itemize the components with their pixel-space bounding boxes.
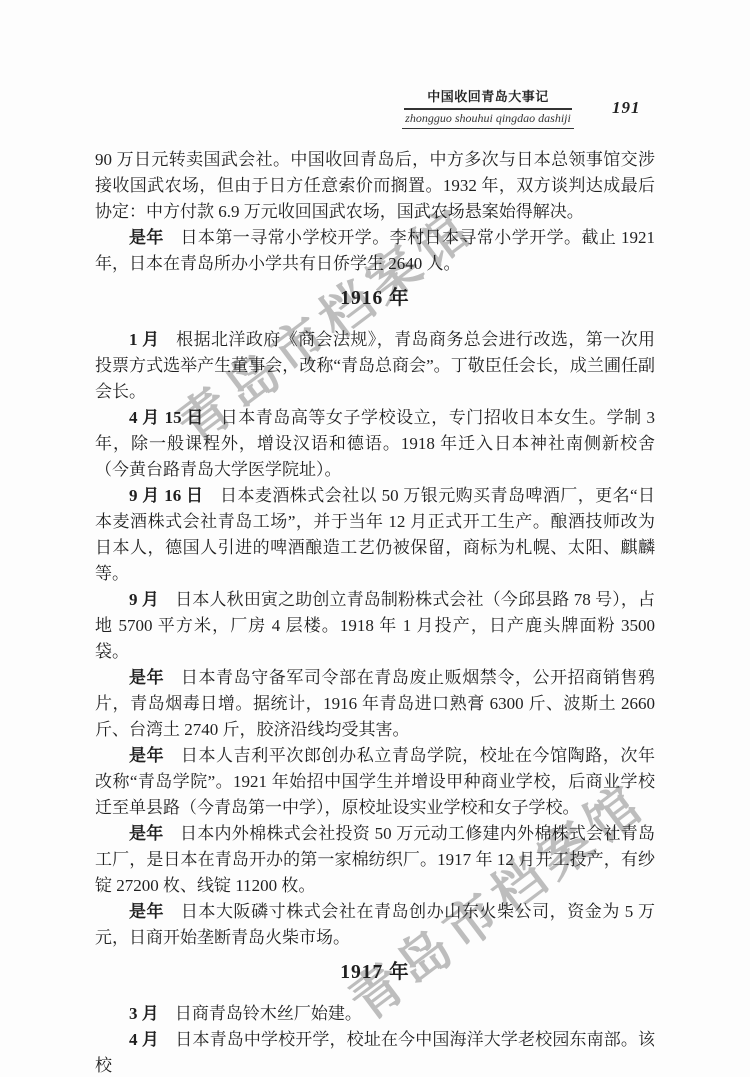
- chronicle-entry: 9 月 16 日日本麦酒株式会社以 50 万银元购买青岛啤酒厂，更名“日本麦酒株…: [95, 483, 655, 587]
- entry-date-label: 1 月: [129, 330, 160, 349]
- chronicle-entry: 9 月日本人秋田寅之助创立青岛制粉株式会社（今邱县路 78 号），占地 5700…: [95, 587, 655, 665]
- chronicle-entry: 90 万日元转卖国武会社。中国收回青岛后，中方多次与日本总领事馆交涉接收国武农场…: [95, 147, 655, 225]
- entry-text: 日本青岛中学校开学，校址在今中国海洋大学老校园东南部。该校: [95, 1030, 655, 1075]
- entry-date-label: 3 月: [129, 1004, 159, 1023]
- entry-text: 日本内外棉株式会社投资 50 万元动工修建内外棉株式会社青岛工厂，是日本在青岛开…: [95, 824, 655, 895]
- year-heading: 1917 年: [95, 959, 655, 987]
- chronicle-entry: 是年日本人吉利平次郎创办私立青岛学院，校址在今馆陶路，次年改称“青岛学院”。19…: [95, 743, 655, 821]
- chronicle-entry: 3 月日商青岛铃木丝厂始建。: [95, 1001, 655, 1027]
- chronicle-entry: 是年日本内外棉株式会社投资 50 万元动工修建内外棉株式会社青岛工厂，是日本在青…: [95, 821, 655, 899]
- entry-date-label: 是年: [129, 746, 164, 765]
- entry-text: 日本大阪磷寸株式会社在青岛创办山东火柴公司，资金为 5 万元，日商开始垄断青岛火…: [95, 902, 655, 947]
- entry-date-label: 是年: [129, 902, 164, 921]
- page-header: 中国收回青岛大事记 zhongguo shouhui qingdao dashi…: [0, 86, 750, 134]
- chronicle-entry: 4 月日本青岛中学校开学，校址在今中国海洋大学老校园东南部。该校: [95, 1027, 655, 1077]
- running-title: 中国收回青岛大事记: [402, 86, 574, 105]
- header-rule-bottom: [402, 128, 574, 129]
- running-title-block: 中国收回青岛大事记 zhongguo shouhui qingdao dashi…: [402, 86, 574, 129]
- book-page: 青岛市档案馆 青岛市档案馆 中国收回青岛大事记 zhongguo shouhui…: [0, 0, 750, 1077]
- entry-date-label: 是年: [129, 668, 164, 687]
- entry-date-label: 9 月: [129, 590, 159, 609]
- chronicle-entry: 是年日本青岛守备军司令部在青岛废止贩烟禁令，公开招商销售鸦片，青岛烟毒日增。据统…: [95, 665, 655, 743]
- chronicle-entry: 4 月 15 日日本青岛高等女子学校设立，专门招收日本女生。学制 3 年，除一般…: [95, 405, 655, 483]
- entry-date-label: 4 月 15 日: [129, 408, 204, 427]
- chronicle-entry: 是年日本大阪磷寸株式会社在青岛创办山东火柴公司，资金为 5 万元，日商开始垄断青…: [95, 899, 655, 951]
- chronicle-entry: 1 月根据北洋政府《商会法规》，青岛商务总会进行改选，第一次用投票方式选举产生董…: [95, 327, 655, 405]
- entry-text: 日本人吉利平次郎创办私立青岛学院，校址在今馆陶路，次年改称“青岛学院”。1921…: [95, 746, 655, 817]
- entry-text: 90 万日元转卖国武会社。中国收回青岛后，中方多次与日本总领事馆交涉接收国武农场…: [95, 150, 655, 221]
- year-heading: 1916 年: [95, 285, 655, 313]
- chronicle-entry: 是年日本第一寻常小学校开学。李村日本寻常小学开学。截止 1921 年，日本在青岛…: [95, 225, 655, 277]
- entry-text: 日本青岛守备军司令部在青岛废止贩烟禁令，公开招商销售鸦片，青岛烟毒日增。据统计，…: [95, 668, 655, 739]
- entry-date-label: 4 月: [129, 1030, 159, 1049]
- entry-text: 根据北洋政府《商会法规》，青岛商务总会进行改选，第一次用投票方式选举产生董事会，…: [95, 330, 655, 401]
- entry-date-label: 9 月 16 日: [129, 486, 203, 505]
- entry-text: 日本第一寻常小学校开学。李村日本寻常小学开学。截止 1921 年，日本在青岛所办…: [95, 228, 655, 273]
- entry-text: 日本人秋田寅之助创立青岛制粉株式会社（今邱县路 78 号），占地 5700 平方…: [95, 590, 655, 661]
- entry-date-label: 是年: [129, 228, 164, 247]
- page-number: 191: [612, 98, 641, 118]
- entry-date-label: 是年: [129, 824, 164, 843]
- page-body: 90 万日元转卖国武会社。中国收回青岛后，中方多次与日本总领事馆交涉接收国武农场…: [95, 147, 655, 1077]
- entry-text: 日商青岛铃木丝厂始建。: [175, 1004, 362, 1023]
- running-title-pinyin: zhongguo shouhui qingdao dashiji: [402, 110, 574, 128]
